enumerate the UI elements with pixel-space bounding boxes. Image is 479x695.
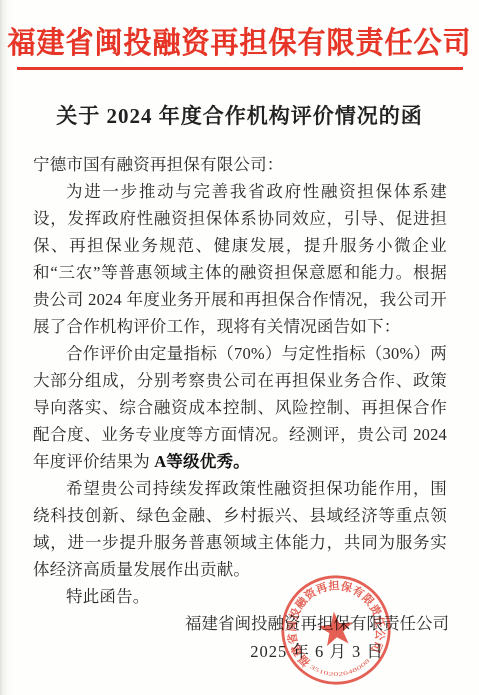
signature-company: 福建省闽投融资再担保有限责任公司 (185, 612, 449, 635)
paragraph-3: 希望贵公司持续发挥政策性融资担保功能作用，围绕科技创新、绿色金融、乡村振兴、县域… (33, 475, 447, 583)
letterhead-rule (17, 67, 463, 70)
document-title: 关于 2024 年度合作机构评价情况的函 (0, 100, 479, 130)
paragraph-2: 合作评价由定量指标（70%）与定性指标（30%）两大部分组成，分别考察贵公司在再… (33, 340, 447, 475)
letter-body: 宁德市国有融资再担保有限公司： 为进一步推动与完善我省政府性融资担保体系建设，发… (33, 151, 447, 610)
rating-result-bold: A等级优秀。 (154, 452, 250, 471)
paragraph-1: 为进一步推动与完善我省政府性融资担保体系建设，发挥政府性融资担保体系协同效应，引… (33, 178, 447, 340)
signature-block: 福建省闽投融资再担保有限责任公司 2025 年 6 月 3 日 (185, 612, 449, 663)
signature-date: 2025 年 6 月 3 日 (185, 640, 449, 663)
closing-line: 特此函告。 (33, 583, 447, 610)
recipient-line: 宁德市国有融资再担保有限公司： (33, 151, 447, 178)
letterhead-company: 福建省闽投融资再担保有限责任公司 (0, 19, 479, 62)
letter-document: 福建省闽投融资再担保有限责任公司 关于 2024 年度合作机构评价情况的函 宁德… (0, 0, 479, 695)
